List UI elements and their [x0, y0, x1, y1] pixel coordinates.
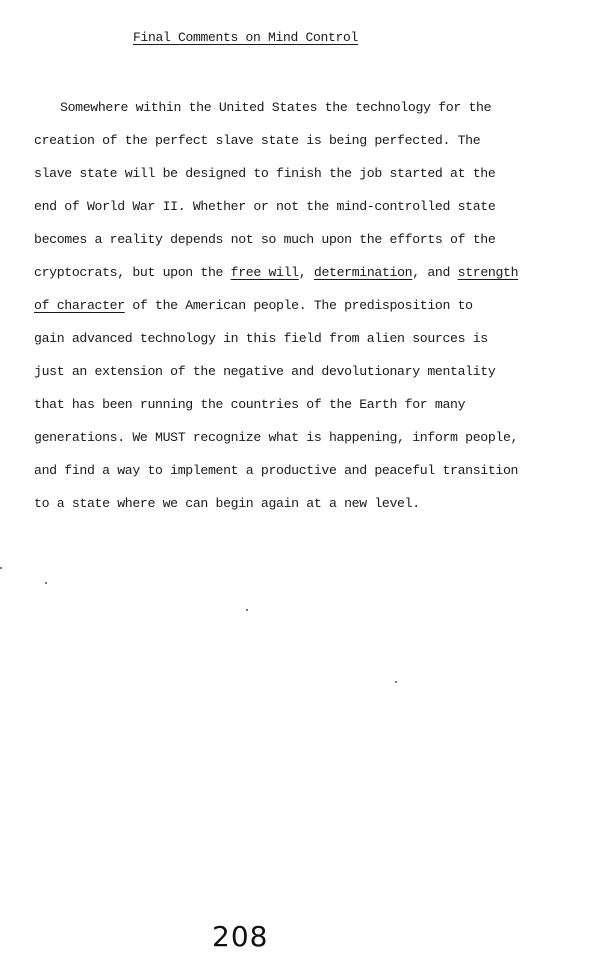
text-segment: and find a way to implement a productive…	[34, 463, 518, 478]
text-line: creation of the perfect slave state is b…	[34, 130, 574, 163]
underlined-text: determination	[314, 265, 412, 280]
text-line: becomes a reality depends not so much up…	[34, 229, 574, 262]
underlined-text: of character	[34, 298, 125, 313]
text-segment: becomes a reality depends not so much up…	[34, 232, 495, 247]
text-line: Somewhere within the United States the t…	[34, 97, 574, 130]
text-line: generations. We MUST recognize what is h…	[34, 427, 574, 460]
text-line: that has been running the countries of t…	[34, 394, 574, 427]
text-line: to a state where we can begin again at a…	[34, 493, 574, 526]
text-segment: that has been running the countries of t…	[34, 397, 465, 412]
underlined-text: strength	[458, 265, 519, 280]
body-paragraph: Somewhere within the United States the t…	[34, 97, 574, 526]
document-page: Final Comments on Mind Control Somewhere…	[0, 0, 600, 972]
text-segment: to a state where we can begin again at a…	[34, 496, 420, 511]
text-segment: , and	[412, 265, 457, 280]
document-title: Final Comments on Mind Control	[133, 30, 358, 45]
scan-speck	[395, 681, 397, 683]
text-segment: just an extension of the negative and de…	[34, 364, 495, 379]
text-segment: of the American people. The predispositi…	[125, 298, 473, 313]
text-segment: Somewhere within the United States the t…	[60, 100, 491, 115]
page-number: 208	[212, 920, 268, 953]
scan-speck	[246, 609, 248, 611]
text-line: gain advanced technology in this field f…	[34, 328, 574, 361]
text-line: cryptocrats, but upon the free will, det…	[34, 262, 574, 295]
text-segment: end of World War II. Whether or not the …	[34, 199, 495, 214]
text-segment: creation of the perfect slave state is b…	[34, 133, 480, 148]
text-segment: gain advanced technology in this field f…	[34, 331, 488, 346]
underlined-text: free will	[231, 265, 299, 280]
text-line: and find a way to implement a productive…	[34, 460, 574, 493]
text-line: of character of the American people. The…	[34, 295, 574, 328]
text-segment: slave state will be designed to finish t…	[34, 166, 495, 181]
text-line: just an extension of the negative and de…	[34, 361, 574, 394]
text-segment: generations. We MUST recognize what is h…	[34, 430, 518, 445]
scan-speck	[45, 582, 47, 584]
text-line: end of World War II. Whether or not the …	[34, 196, 574, 229]
scan-speck	[0, 567, 2, 569]
text-segment: cryptocrats, but upon the	[34, 265, 231, 280]
text-line: slave state will be designed to finish t…	[34, 163, 574, 196]
text-segment: ,	[299, 265, 314, 280]
